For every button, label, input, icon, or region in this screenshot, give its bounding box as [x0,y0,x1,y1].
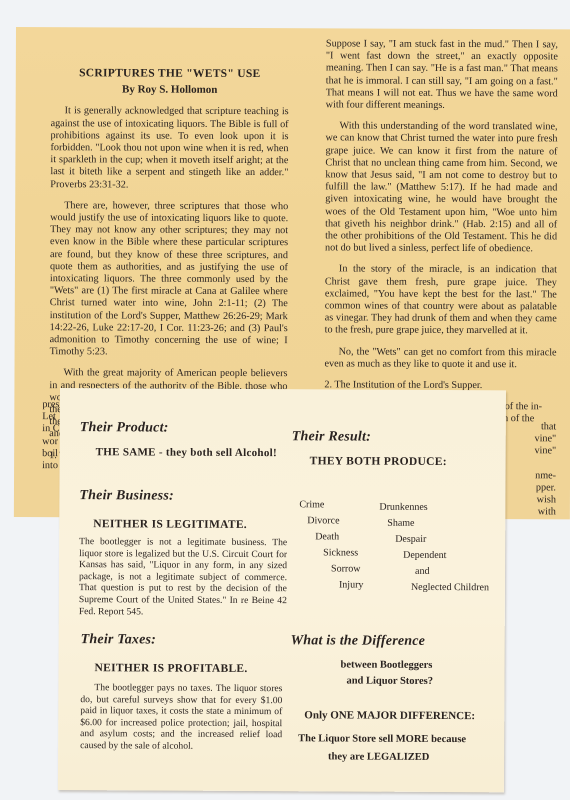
paragraph: Suppose I say, "I am stuck fast in the m… [326,38,558,112]
produce-item: Death [315,531,339,542]
obscured-right-text: that vine" vine" nme- pper. wish with [504,421,556,519]
text-fragment: with [504,506,556,518]
produce-item: Sorrow [331,563,361,574]
section-heading: Their Product: [80,420,290,437]
produce-item: Dependent [403,550,446,561]
section-heading: Their Business: [79,488,287,505]
paragraph: In the story of the miracle, is an indic… [325,264,557,338]
section-subheading: THEY BOTH PRODUCE: [310,455,502,468]
produce-item: Sickness [323,547,358,558]
section-heading: Their Taxes: [81,632,283,649]
section-heading: What is the Difference [291,633,501,650]
article-byline: By Roy S. Hollomon [51,83,289,96]
text-fragment: pper. [504,482,556,494]
text-fragment: vine" [504,446,556,458]
text-fragment: in C [42,424,59,436]
text-fragment: vine" [504,433,556,445]
section-body: The bootlegger is not a legitimate busin… [79,536,287,618]
result-section: Their Result: THEY BOTH PRODUCE: Crime D… [291,429,502,630]
text-fragment: Let [42,411,59,423]
produce-item: Injury [339,579,364,590]
section-body: The bootlegger pays no taxes. The liquor… [80,682,282,753]
article-right-column: Suppose I say, "I am stuck fast in the m… [324,38,558,426]
business-section: Their Business: NEITHER IS LEGITIMATE. T… [79,488,288,618]
section-subheading: THE SAME - they both sell Alcohol! [96,446,290,459]
front-page-leaflet: Their Product: THE SAME - they both sell… [58,388,506,792]
article-title: SCRIPTURES THE "WETS" USE [51,67,289,80]
paragraph: With this understanding of the word tran… [325,121,558,256]
difference-line: between Bootleggers [341,659,433,670]
difference-detail: The Liquor Store sell MORE because [298,733,466,745]
difference-answer: Only ONE MAJOR DIFFERENCE: [304,709,475,722]
text-fragment: boil [42,448,59,460]
produce-item: Drunkennes [379,502,427,513]
taxes-section: Their Taxes: NEITHER IS PROFITABLE. The … [80,632,283,753]
text-fragment: that [504,421,556,433]
paragraph: It is generally acknowledged that script… [50,106,288,192]
section-heading: Their Result: [292,429,502,446]
produce-item: and [415,566,430,577]
produce-item: Shame [387,518,414,529]
difference-detail: they are LEGALIZED [328,751,429,763]
section-subheading: NEITHER IS PROFITABLE. [95,662,283,675]
difference-section: What is the Difference between Bootlegge… [290,633,501,784]
text-fragment: into [42,460,59,472]
text-fragment: wor [42,436,59,448]
produce-item: Neglected Children [411,582,489,593]
section-subheading: NEITHER IS LEGITIMATE. [93,518,287,531]
text-fragment: nme- [504,470,556,482]
text-fragment: pres [42,399,59,411]
produce-item: Crime [299,499,324,510]
paragraph: There are, however, three scriptures tha… [50,200,289,360]
paragraph: No, the "Wets" can get no comfort from t… [325,346,557,371]
text-fragment [504,458,556,470]
product-section: Their Product: THE SAME - they both sell… [80,420,290,459]
difference-line: and Liquor Stores? [346,676,433,687]
produce-item: Divorce [307,515,339,526]
obscured-left-text: pres Let in C wor boil into [42,399,60,472]
text-fragment: wish [504,494,556,506]
produce-item: Despair [395,534,426,545]
